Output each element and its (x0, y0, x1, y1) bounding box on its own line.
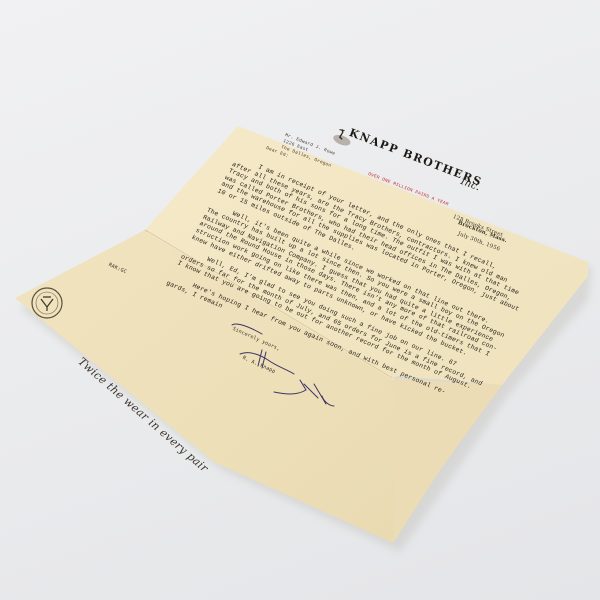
circular-seal-icon (0, 0, 600, 600)
photo-scene: KNAPP BROTHERS Inc. OVER ONE MILLION PAI… (0, 0, 600, 600)
